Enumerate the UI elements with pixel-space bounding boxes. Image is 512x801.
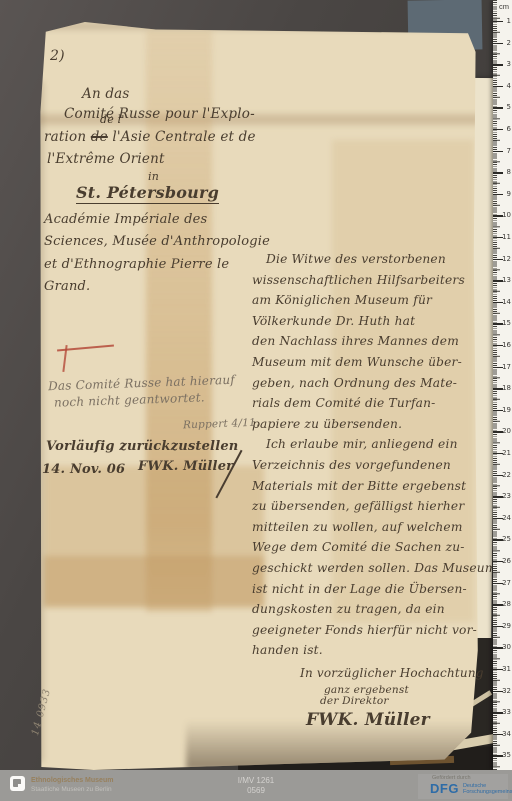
body-line: wissenschaftlichen Hilfsarbeiters	[252, 270, 470, 291]
body-line: Völkerkunde Dr. Huth hat	[252, 311, 470, 332]
ruler-cm-number: 16	[502, 341, 511, 349]
ruler-cm-number: 14	[502, 298, 511, 306]
ruler-cm-number: 29	[502, 622, 511, 630]
recipient-line-3: l'Extrême Orient	[47, 151, 165, 167]
ruler-cm-tick	[493, 172, 503, 173]
date-note: 14. Nov. 06	[42, 462, 125, 477]
ruler-cm-number: 3	[507, 60, 511, 68]
ruler-cm-number: 25	[502, 535, 511, 543]
dfg-logo: DFG Deutsche Forschungsgemeinschaft	[430, 781, 512, 796]
footer-bar: Ethnologisches Museum Staatliche Museen …	[0, 770, 512, 801]
body-line: Museum mit dem Wunsche über-	[252, 352, 470, 373]
ruler-cm-tick	[493, 21, 503, 22]
body-line: den Nachlass ihres Mannes dem	[252, 331, 470, 352]
ruler-cm-tick	[493, 64, 503, 65]
ruler-cm-number: 5	[507, 103, 511, 111]
body-line: geschickt werden sollen. Das Museum	[252, 558, 470, 579]
ruler-cm-tick	[493, 151, 503, 152]
page-number: 2)	[50, 48, 65, 64]
recipient-line-2-post: l'Asie Centrale et de	[112, 129, 255, 145]
funder-block: Gefördert durch DFG Deutsche Forschungsg…	[418, 774, 508, 799]
org-line-2: Sciences, Musée d'Anthropologie	[44, 234, 270, 249]
ruler-cm-number: 1	[507, 17, 511, 25]
ruler-cm-number: 13	[502, 276, 511, 284]
ruler-cm-number: 23	[502, 492, 511, 500]
ruler-cm-number: 18	[502, 384, 511, 392]
ruler-cm-number: 31	[502, 665, 511, 673]
ruler-cm-tick	[493, 107, 503, 108]
ruler-cm-number: 24	[502, 514, 511, 522]
ruler-cm-number: 9	[507, 190, 511, 198]
ruler-cm-number: 17	[502, 363, 511, 371]
body-line: Materials mit der Bitte ergebenst	[252, 476, 470, 497]
ruler-cm-number: 21	[502, 449, 511, 457]
body-line: Die Witwe des verstorbenen	[252, 249, 470, 270]
body-line: rials dem Comité die Turfan-	[252, 393, 470, 414]
body-line: zu übersenden, gefälligst hierher	[252, 496, 470, 517]
struck-word: de	[91, 129, 108, 145]
body-line: handen ist.	[252, 640, 470, 661]
ruler-cm-number: 6	[507, 125, 511, 133]
dfg-name: Deutsche Forschungsgemeinschaft	[463, 783, 512, 795]
ruler-cm-number: 32	[502, 687, 511, 695]
closing-title: der Direktor	[320, 695, 389, 707]
recipient-line-2: ration de l'Asie Centrale et de	[44, 129, 256, 145]
ruler-cm-number: 4	[507, 82, 511, 90]
ruler-halfcm-ticks	[493, 0, 500, 770]
body-line: Verzeichnis des vorgefundenen	[252, 455, 470, 476]
ruler-cm-number: 19	[502, 406, 511, 414]
body-line: geeigneter Fonds hierfür nicht vor-	[252, 620, 470, 641]
body-line: dungskosten zu tragen, da ein	[252, 599, 470, 620]
inserted-correction: de l'	[100, 113, 125, 126]
ink-initials: FWK. Müller	[138, 459, 233, 474]
ruler-cm-number: 26	[502, 557, 511, 565]
body-line: ist nicht in der Lage die Übersen-	[252, 579, 470, 600]
recipient-line-2-pre: ration	[44, 129, 86, 145]
dfg-abbr: DFG	[430, 781, 459, 796]
body-line: Wege dem Comité die Sachen zu-	[252, 537, 470, 558]
paper-left-edge-shade	[36, 82, 44, 762]
ruler-cm-number: 15	[502, 319, 511, 327]
ruler-cm-number: 8	[507, 168, 511, 176]
measuring-ruler: 1234567891011121314151617181920212223242…	[493, 0, 512, 770]
dfg-name-line-2: Forschungsgemeinschaft	[463, 789, 512, 795]
ruler-cm-number: 11	[502, 233, 511, 241]
ruler-cm-tick	[493, 129, 503, 130]
ruler-cm-tick	[493, 194, 503, 195]
recipient-line-1: Comité Russe pour l'Explo-	[64, 106, 255, 122]
letter-body: Die Witwe des verstorbenenwissenschaftli…	[252, 249, 470, 661]
ruler-cm-number: 34	[502, 730, 511, 738]
closing-formula: In vorzüglicher Hochachtung	[300, 666, 484, 680]
body-line: Ich erlaube mir, anliegend ein	[252, 434, 470, 455]
ruler-cm-tick	[493, 86, 503, 87]
body-line: am Königlichen Museum für	[252, 290, 470, 311]
ink-disposition-note: Vorläufig zurückzustellen	[46, 439, 238, 454]
ruler-cm-number: 28	[502, 600, 511, 608]
ruler-cm-number: 10	[502, 211, 511, 219]
ruler-cm-number: 22	[502, 471, 511, 479]
org-line-1: Académie Impériale des	[44, 212, 207, 227]
ruler-cm-number: 33	[502, 708, 511, 716]
body-line: papiere zu übersenden.	[252, 414, 470, 435]
ruler-cm-number: 12	[502, 255, 511, 263]
discoloration-bottom-left-deep	[44, 556, 264, 606]
ruler-cm-tick	[493, 43, 503, 44]
ruler-cm-number: 27	[502, 579, 511, 587]
body-line: geben, nach Ordnung des Mate-	[252, 373, 470, 394]
ruler-cm-number: 2	[507, 39, 511, 47]
recipient-salutation: An das	[82, 86, 130, 102]
ruler-cm-number: 7	[507, 147, 511, 155]
recipient-in-word: in	[148, 170, 159, 183]
signature: FWK. Müller	[306, 710, 430, 730]
org-line-3: et d'Ethnographie Pierre le	[44, 257, 229, 272]
recipient-city: St. Pétersbourg	[76, 183, 219, 204]
ruler-cm-number: 35	[502, 751, 511, 759]
ruler-cm-number: 20	[502, 427, 511, 435]
ruler-unit-label: cm	[499, 2, 509, 11]
body-line: mitteilen zu wollen, auf welchem	[252, 517, 470, 538]
scan-viewport: 2) An das Comité Russe pour l'Explo- rat…	[0, 0, 512, 801]
org-line-4: Grand.	[44, 279, 90, 294]
ruler-cm-number: 30	[502, 643, 511, 651]
